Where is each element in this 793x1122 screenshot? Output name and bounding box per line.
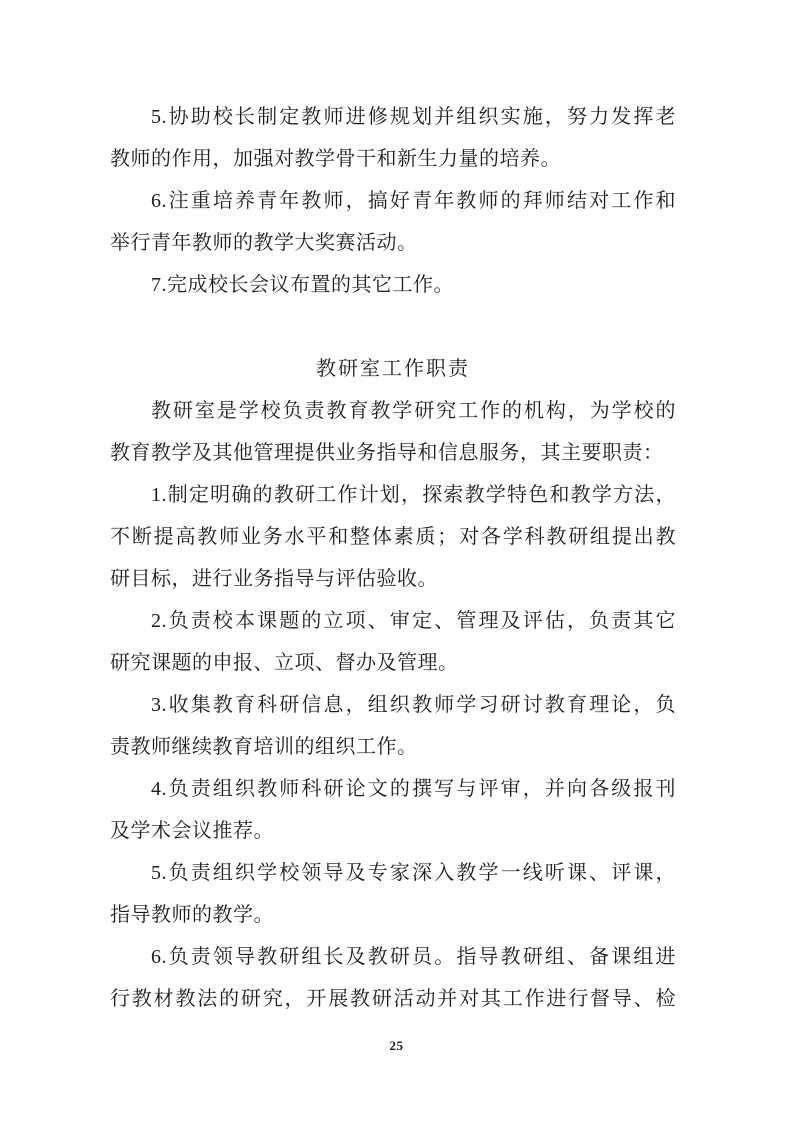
text-line: 及学术会议推荐。 [110,810,676,852]
text-line: 责教师继续教育培训的组织工作。 [110,726,676,768]
text-line: 不断提高教师业务水平和整体素质；对各学科教研组提出教 [110,516,676,558]
text-block: 5.协助校长制定教师进修规划并组织实施，努力发挥老 教师的作用，加强对教学骨干和… [110,96,676,1020]
text-line: 4.负责组织教师科研论文的撰写与评审，并向各级报刊 [110,768,676,810]
text-line: 3.收集教育科研信息，组织教师学习研讨教育理论，负 [110,684,676,726]
text-line: 教育教学及其他管理提供业务指导和信息服务，其主要职责： [110,432,676,474]
page-number: 25 [0,1038,793,1054]
text-line: 举行青年教师的教学大奖赛活动。 [110,222,676,264]
text-line: 研目标，进行业务指导与评估验收。 [110,558,676,600]
text-line: 5.负责组织学校领导及专家深入教学一线听课、评课， [110,852,676,894]
text-line: 6.注重培养青年教师，搞好青年教师的拜师结对工作和 [110,180,676,222]
section-heading: 教研室工作职责 [110,348,676,390]
text-line: 2.负责校本课题的立项、审定、管理及评估，负责其它 [110,600,676,642]
text-line: 教师的作用，加强对教学骨干和新生力量的培养。 [110,138,676,180]
blank-line [110,306,676,348]
text-line: 5.协助校长制定教师进修规划并组织实施，努力发挥老 [110,96,676,138]
text-line: 行教材教法的研究，开展教研活动并对其工作进行督导、检 [110,978,676,1020]
text-line: 指导教师的教学。 [110,894,676,936]
text-line: 研究课题的申报、立项、督办及管理。 [110,642,676,684]
text-line: 1.制定明确的教研工作计划，探索教学特色和教学方法， [110,474,676,516]
document-page: 5.协助校长制定教师进修规划并组织实施，努力发挥老 教师的作用，加强对教学骨干和… [0,0,793,1122]
text-line: 7.完成校长会议布置的其它工作。 [110,264,676,306]
text-line: 教研室是学校负责教育教学研究工作的机构，为学校的 [110,390,676,432]
text-line: 6.负责领导教研组长及教研员。指导教研组、备课组进 [110,936,676,978]
